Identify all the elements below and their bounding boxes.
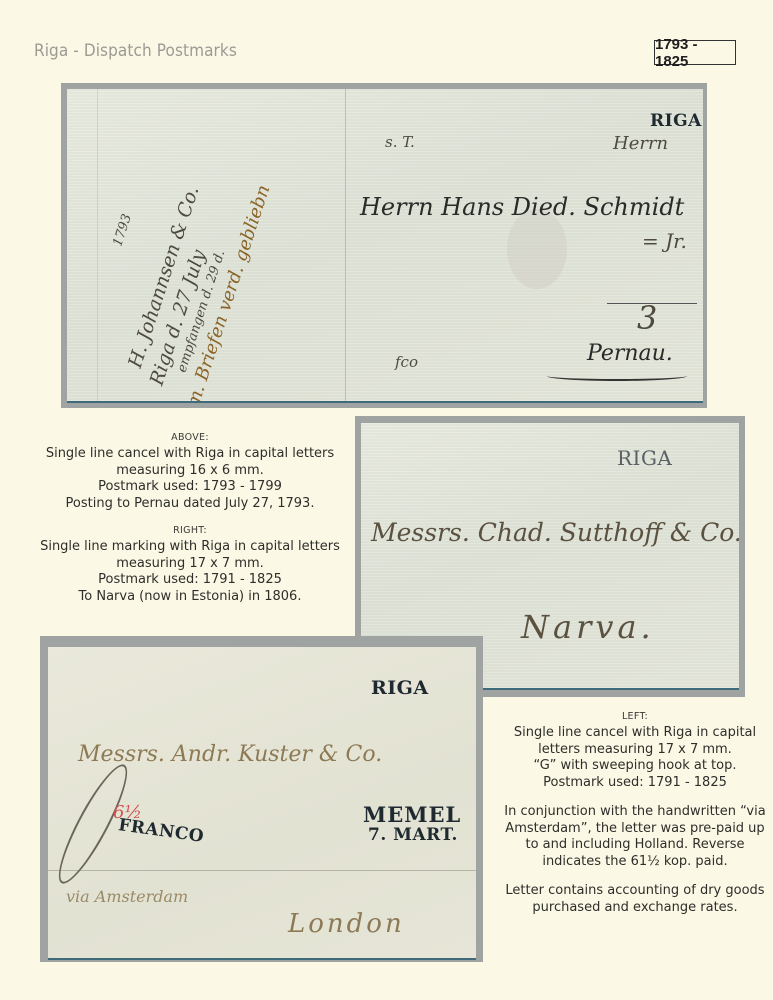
cover-mount-top: 1793 H. Johannsen & Co. Riga d. 27 July … (61, 83, 707, 408)
destination: Narva. (521, 608, 655, 646)
via-note: via Amsterdam (66, 887, 188, 906)
caption-line: Posting to Pernau dated July 27, 1793. (40, 496, 340, 513)
caption-heading: ABOVE: (40, 432, 340, 443)
caption-line: Single line cancel with Riga in capital (497, 725, 773, 742)
addressee: Messrs. Andr. Kuster & Co. (78, 742, 382, 767)
caption-line: Letter contains accounting of dry goods (497, 883, 773, 900)
caption-line: Single line marking with Riga in capital… (40, 539, 340, 556)
destination: Pernau. (587, 341, 673, 366)
fold-line (48, 870, 476, 871)
fold-line (97, 89, 98, 401)
destination: London (288, 909, 405, 939)
date-range-box: 1793 - 1825 (654, 40, 736, 65)
caption-heading: LEFT: (497, 711, 773, 722)
caption-line: To Narva (now in Estonia) in 1806. (40, 589, 340, 606)
caption-line: Amsterdam”, the letter was pre-paid up (497, 821, 773, 838)
postmark-memel-line1: MEMEL (363, 802, 461, 827)
franco-abbrev: fco (395, 353, 418, 371)
postmark-riga: RIGA (371, 677, 429, 699)
caption-line: indicates the 61½ kop. paid. (497, 854, 773, 871)
fold-line (345, 89, 346, 401)
caption-line: Single line cancel with Riga in capital … (40, 446, 340, 463)
caption-line: measuring 17 x 7 mm. (40, 556, 340, 573)
caption-heading: RIGHT: (40, 525, 340, 536)
caption-line: Postmark used: 1793 - 1799 (40, 479, 340, 496)
postmark-riga: RIGA (650, 111, 702, 131)
page-title: Riga - Dispatch Postmarks (34, 41, 237, 61)
caption-line: Postmark used: 1791 - 1825 (40, 572, 340, 589)
postmark-franco: FRANCO (117, 815, 205, 847)
flourish (547, 371, 687, 381)
caption-line: “G” with sweeping hook at top. (497, 758, 773, 775)
rate-mark: 3 (637, 299, 657, 337)
caption-left: LEFT: Single line cancel with Riga in ca… (497, 711, 773, 916)
cover-bottom: RIGA Messrs. Andr. Kuster & Co. 6½ FRANC… (48, 647, 476, 958)
docket-year: 1793 (110, 212, 134, 248)
cover-top: 1793 H. Johannsen & Co. Riga d. 27 July … (67, 89, 703, 401)
address-suffix: = Jr. (642, 229, 687, 253)
caption-line: letters measuring 17 x 7 mm. (497, 742, 773, 759)
caption-line: purchased and exchange rates. (497, 900, 773, 917)
caption-line: In conjunction with the handwritten “via (497, 804, 773, 821)
seal-stain (507, 209, 567, 289)
caption-line: measuring 16 x 6 mm. (40, 463, 340, 480)
salutation: s. T. (385, 133, 415, 151)
address-name: Herrn Hans Died. Schmidt (360, 193, 684, 221)
postmark-memel-line2: 7. MART. (368, 825, 458, 845)
caption-above-right: ABOVE: Single line cancel with Riga in c… (40, 432, 340, 605)
addressee: Messrs. Chad. Sutthoff & Co. (371, 518, 739, 547)
cover-mount-bottom: RIGA Messrs. Andr. Kuster & Co. 6½ FRANC… (40, 636, 483, 962)
postmark-riga: RIGA (617, 446, 672, 470)
address-honorific: Herrn (613, 133, 668, 154)
docket-text: 1793 H. Johannsen & Co. Riga d. 27 July … (118, 97, 296, 401)
caption-line: Postmark used: 1791 - 1825 (497, 775, 773, 792)
caption-line: to and including Holland. Reverse (497, 837, 773, 854)
